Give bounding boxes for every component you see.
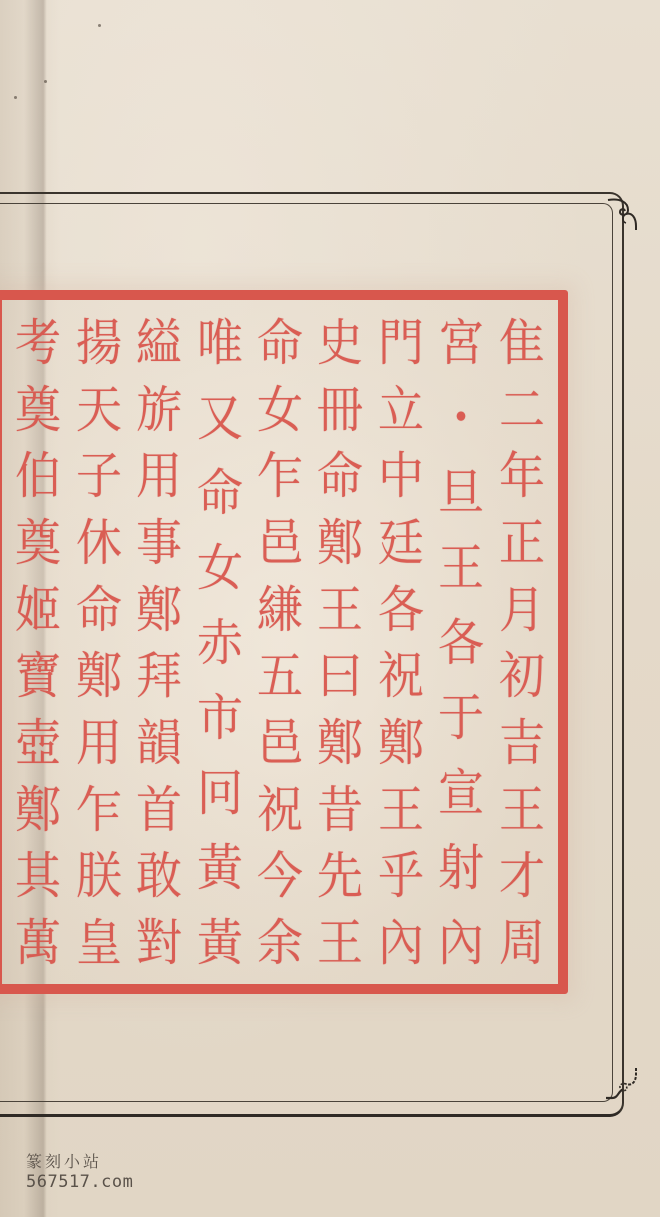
- seal-column: 唯 又 命 女 赤 市 冋 黃 黃: [189, 306, 249, 978]
- seal-character: 祝: [378, 645, 424, 707]
- seal-character: 余: [257, 912, 303, 974]
- seal-character: 各: [438, 612, 484, 674]
- seal-character: 命: [317, 445, 363, 507]
- seal-character: 壺: [15, 712, 61, 774]
- seal-character: 事: [136, 512, 182, 574]
- seal-character: 揚: [76, 312, 122, 374]
- seal-character: 王: [438, 537, 484, 599]
- seal-character: ・: [438, 387, 484, 449]
- seal-character: 考: [15, 312, 61, 374]
- seal-character: 王: [317, 579, 363, 641]
- seal-character: 正: [499, 512, 545, 574]
- seal-character: 祝: [257, 779, 303, 841]
- seal-character: 史: [317, 312, 363, 374]
- seal-character: 縊: [136, 312, 182, 374]
- seal-character: 中: [378, 445, 424, 507]
- seal-character: 鄭: [136, 579, 182, 641]
- seal-character: 對: [136, 912, 182, 974]
- seal-character: 乍: [76, 779, 122, 841]
- seal-character: 乎: [378, 845, 424, 907]
- seal-character: 內: [378, 912, 424, 974]
- seal-character: 縑: [257, 579, 303, 641]
- seal-character: 旂: [136, 379, 182, 441]
- seal-character: 首: [136, 779, 182, 841]
- seal-character: 唯: [197, 312, 243, 374]
- seal-character: 命: [257, 312, 303, 374]
- seal-character: 王: [499, 779, 545, 841]
- seal-character: 伯: [15, 445, 61, 507]
- seal-character: 女: [197, 537, 243, 599]
- seal-column: 門 立 中 廷 各 祝 鄭 王 乎 內: [371, 306, 431, 978]
- frame-corner-scroll-icon: [606, 1068, 640, 1102]
- seal-character: 朕: [76, 845, 122, 907]
- seal-character: 乍: [257, 445, 303, 507]
- seal-character: 用: [136, 445, 182, 507]
- seal-character: 敢: [136, 845, 182, 907]
- seal-character: 其: [15, 845, 61, 907]
- seal-character: 旦: [438, 462, 484, 524]
- seal-character: 皇: [76, 912, 122, 974]
- seal-character: 射: [438, 837, 484, 899]
- seal-character: 年: [499, 445, 545, 507]
- seal-column: 揚 天 子 休 命 鄭 用 乍 朕 皇: [68, 306, 128, 978]
- seal-character: 吉: [499, 712, 545, 774]
- watermark-site-name: 篆刻小站: [26, 1152, 133, 1172]
- frame-corner-scroll-icon: [606, 196, 640, 230]
- seal-character: 初: [499, 645, 545, 707]
- seal-character: 用: [76, 712, 122, 774]
- seal-character: 冊: [317, 379, 363, 441]
- seal-character: 立: [378, 379, 424, 441]
- seal-character: 曰: [317, 645, 363, 707]
- paper-speck: [14, 96, 17, 99]
- seal-inscription: 隹 二 年 正 月 初 吉 王 才 周 宮 ・ 旦 王 各 于 宣 射 內 門 …: [8, 306, 552, 978]
- seal-column: 隹 二 年 正 月 初 吉 王 才 周: [492, 306, 552, 978]
- seal-character: 女: [257, 379, 303, 441]
- seal-character: 門: [378, 312, 424, 374]
- seal-character: 廷: [378, 512, 424, 574]
- seal-character: 拜: [136, 645, 182, 707]
- seal-character: 昔: [317, 779, 363, 841]
- seal-column: 史 冊 命 鄭 王 曰 鄭 昔 先 王: [310, 306, 370, 978]
- seal-character: 宣: [438, 762, 484, 824]
- seal-character: 邑: [257, 512, 303, 574]
- seal-character: 周: [499, 912, 545, 974]
- seal-character: 黃: [197, 837, 243, 899]
- seal-character: 休: [76, 512, 122, 574]
- seal-character: 鄭: [76, 645, 122, 707]
- seal-character: 冋: [197, 762, 243, 824]
- seal-character: 姬: [15, 579, 61, 641]
- seal-character: 于: [438, 687, 484, 749]
- seal-character: 鄭: [378, 712, 424, 774]
- seal-character: 天: [76, 379, 122, 441]
- seal-character: 黃: [197, 912, 243, 974]
- seal-character: 寶: [15, 645, 61, 707]
- seal-character: 鄭: [317, 712, 363, 774]
- seal-character: 萬: [15, 912, 61, 974]
- paper-speck: [44, 80, 47, 83]
- seal-character: 王: [317, 912, 363, 974]
- seal-character: 鄭: [317, 512, 363, 574]
- watermark: 篆刻小站 567517.com: [26, 1152, 133, 1193]
- seal-character: 命: [76, 579, 122, 641]
- seal-character: 內: [438, 912, 484, 974]
- seal-column: 宮 ・ 旦 王 各 于 宣 射 內: [431, 306, 491, 978]
- seal-character: 命: [197, 462, 243, 524]
- seal-character: 又: [197, 387, 243, 449]
- seal-character: 奠: [15, 379, 61, 441]
- seal-character: 月: [499, 579, 545, 641]
- seal-column: 考 奠 伯 奠 姬 寶 壺 鄭 其 萬: [8, 306, 68, 978]
- seal-character: 今: [257, 845, 303, 907]
- seal-character: 五: [257, 645, 303, 707]
- seal-character: 鄭: [15, 779, 61, 841]
- seal-character: 韻: [136, 712, 182, 774]
- seal-character: 各: [378, 579, 424, 641]
- seal-character: 宮: [438, 312, 484, 374]
- seal-column: 命 女 乍 邑 縑 五 邑 祝 今 余: [250, 306, 310, 978]
- seal-character: 王: [378, 779, 424, 841]
- seal-character: 隹: [499, 312, 545, 374]
- paper-speck: [98, 24, 101, 27]
- seal-character: 市: [197, 687, 243, 749]
- red-seal-impression: 隹 二 年 正 月 初 吉 王 才 周 宮 ・ 旦 王 各 于 宣 射 內 門 …: [0, 290, 568, 994]
- seal-character: 二: [499, 379, 545, 441]
- seal-column: 縊 旂 用 事 鄭 拜 韻 首 敢 對: [129, 306, 189, 978]
- watermark-url: 567517.com: [26, 1172, 133, 1193]
- seal-character: 邑: [257, 712, 303, 774]
- seal-character: 子: [76, 445, 122, 507]
- seal-character: 先: [317, 845, 363, 907]
- seal-character: 奠: [15, 512, 61, 574]
- seal-character: 赤: [197, 612, 243, 674]
- seal-character: 才: [499, 845, 545, 907]
